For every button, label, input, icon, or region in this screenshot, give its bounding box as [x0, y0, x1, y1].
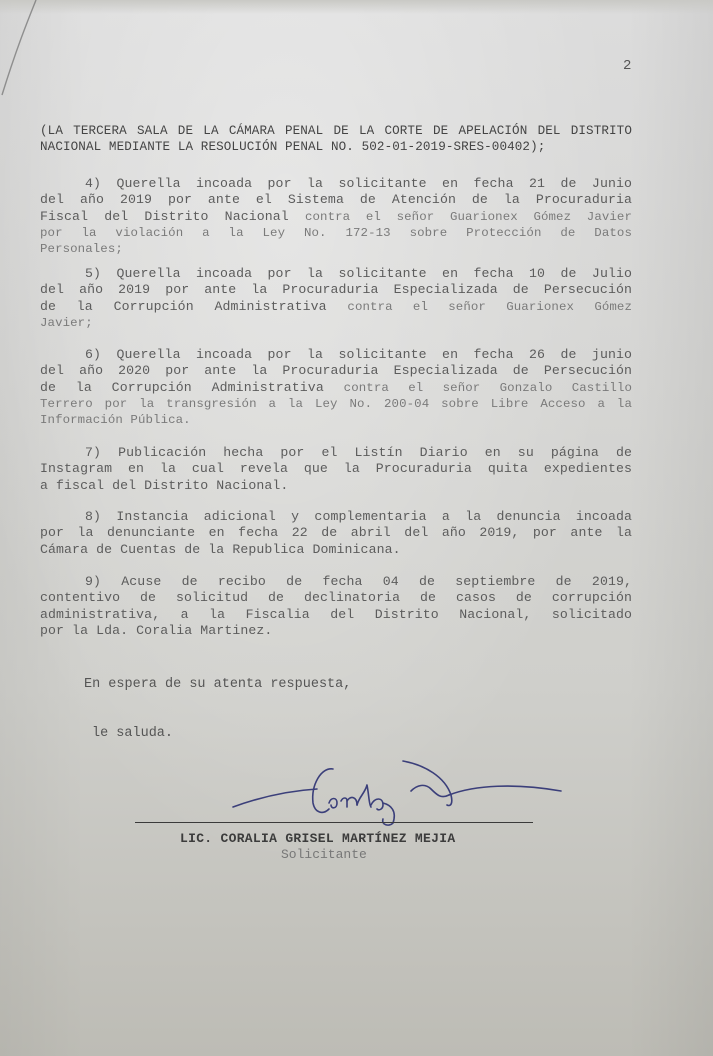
item-text: Fiscal del Distrito Nacional: [40, 209, 289, 224]
item-7-line-2: Instagram en la cual revela que la Procu…: [40, 461, 632, 477]
item-text: contra el señor Guarionex Gómez Javier: [305, 210, 632, 224]
item-4-line-5: Personales;: [40, 241, 632, 257]
item-text: de la Corrupción Administrativa: [40, 299, 327, 314]
item-8-line-3: Cámara de Cuentas de la Republica Domini…: [40, 542, 632, 558]
item-4-line-4: por la violación a la Ley No. 172-13 sob…: [40, 225, 632, 241]
item-text: Acuse de recibo de fecha 04 de septiembr…: [121, 574, 632, 589]
item-number: 7): [85, 445, 101, 460]
item-number: 6): [85, 347, 101, 362]
item-5-line-3: de la Corrupción Administrativa contra e…: [40, 299, 632, 315]
signer-name: LIC. CORALIA GRISEL MARTÍNEZ MEJIA: [180, 831, 455, 846]
item-4-line-3: Fiscal del Distrito Nacional contra el s…: [40, 209, 632, 225]
item-6-line-5: Información Pública.: [40, 412, 632, 428]
closing-text: En espera de su atenta respuesta,: [84, 677, 351, 692]
item-text: contra el señor Gonzalo Castillo: [344, 381, 632, 395]
item-5-line-2: del año 2019 por ante la Procuraduria Es…: [40, 282, 632, 298]
item-9-line-4: por la Lda. Coralia Martinez.: [40, 623, 632, 639]
paper-fold-edge-icon: [0, 0, 40, 100]
item-number: 4): [85, 176, 101, 191]
page-number: 2: [623, 58, 631, 74]
item-text: Instancia adicional y complementaria a l…: [116, 509, 632, 524]
item-5-line-4: Javier;: [40, 315, 632, 331]
list-item-8: 8) Instancia adicional y complementaria …: [40, 509, 632, 558]
handwritten-signature-icon: [225, 755, 570, 830]
item-6-line-1: 6) Querella incoada por la solicitante e…: [40, 347, 632, 363]
list-item-6: 6) Querella incoada por la solicitante e…: [40, 347, 632, 428]
item-number: 9): [85, 574, 101, 589]
item-9-line-3: administrativa, a la Fiscalia del Distri…: [40, 607, 632, 623]
item-6-line-2: del año 2020 por ante la Procuraduria Es…: [40, 363, 632, 379]
item-4-line-2: del año 2019 por ante el Sistema de Aten…: [40, 192, 632, 208]
heading-line-2: NACIONAL MEDIANTE LA RESOLUCIÓN PENAL NO…: [40, 139, 632, 155]
item-5-line-1: 5) Querella incoada por la solicitante e…: [40, 266, 632, 282]
item-text: de la Corrupción Administrativa: [40, 380, 324, 395]
section-heading: (LA TERCERA SALA DE LA CÁMARA PENAL DE L…: [40, 123, 632, 156]
signature-line: [135, 822, 533, 823]
item-text: Querella incoada por la solicitante en f…: [116, 347, 632, 362]
item-8-line-2: por la denunciante en fecha 22 de abril …: [40, 525, 632, 541]
list-item-7: 7) Publicación hecha por el Listín Diari…: [40, 445, 632, 494]
item-8-line-1: 8) Instancia adicional y complementaria …: [40, 509, 632, 525]
item-number: 8): [85, 509, 101, 524]
signer-role: Solicitante: [281, 847, 367, 862]
item-7-line-3: a fiscal del Distrito Nacional.: [40, 478, 632, 494]
item-text: Querella incoada por la solicitante en f…: [116, 266, 632, 281]
item-9-line-2: contentivo de solicitud de declinatoria …: [40, 590, 632, 606]
item-text: Querella incoada por la solicitante en f…: [116, 176, 632, 191]
item-text: contra el señor Guarionex Gómez: [347, 300, 632, 314]
greeting-text: le saluda.: [92, 726, 173, 741]
paper-top-shadow: [0, 0, 713, 14]
list-item-5: 5) Querella incoada por la solicitante e…: [40, 266, 632, 331]
heading-line-1: (LA TERCERA SALA DE LA CÁMARA PENAL DE L…: [40, 123, 632, 139]
list-item-9: 9) Acuse de recibo de fecha 04 de septie…: [40, 574, 632, 639]
item-7-line-1: 7) Publicación hecha por el Listín Diari…: [40, 445, 632, 461]
item-number: 5): [85, 266, 101, 281]
item-text: Publicación hecha por el Listín Diario e…: [118, 445, 632, 460]
item-9-line-1: 9) Acuse de recibo de fecha 04 de septie…: [40, 574, 632, 590]
item-6-line-4: Terrero por la transgresión a la Ley No.…: [40, 396, 632, 412]
list-item-4: 4) Querella incoada por la solicitante e…: [40, 176, 632, 257]
item-4-line-1: 4) Querella incoada por la solicitante e…: [40, 176, 632, 192]
item-6-line-3: de la Corrupción Administrativa contra e…: [40, 380, 632, 396]
